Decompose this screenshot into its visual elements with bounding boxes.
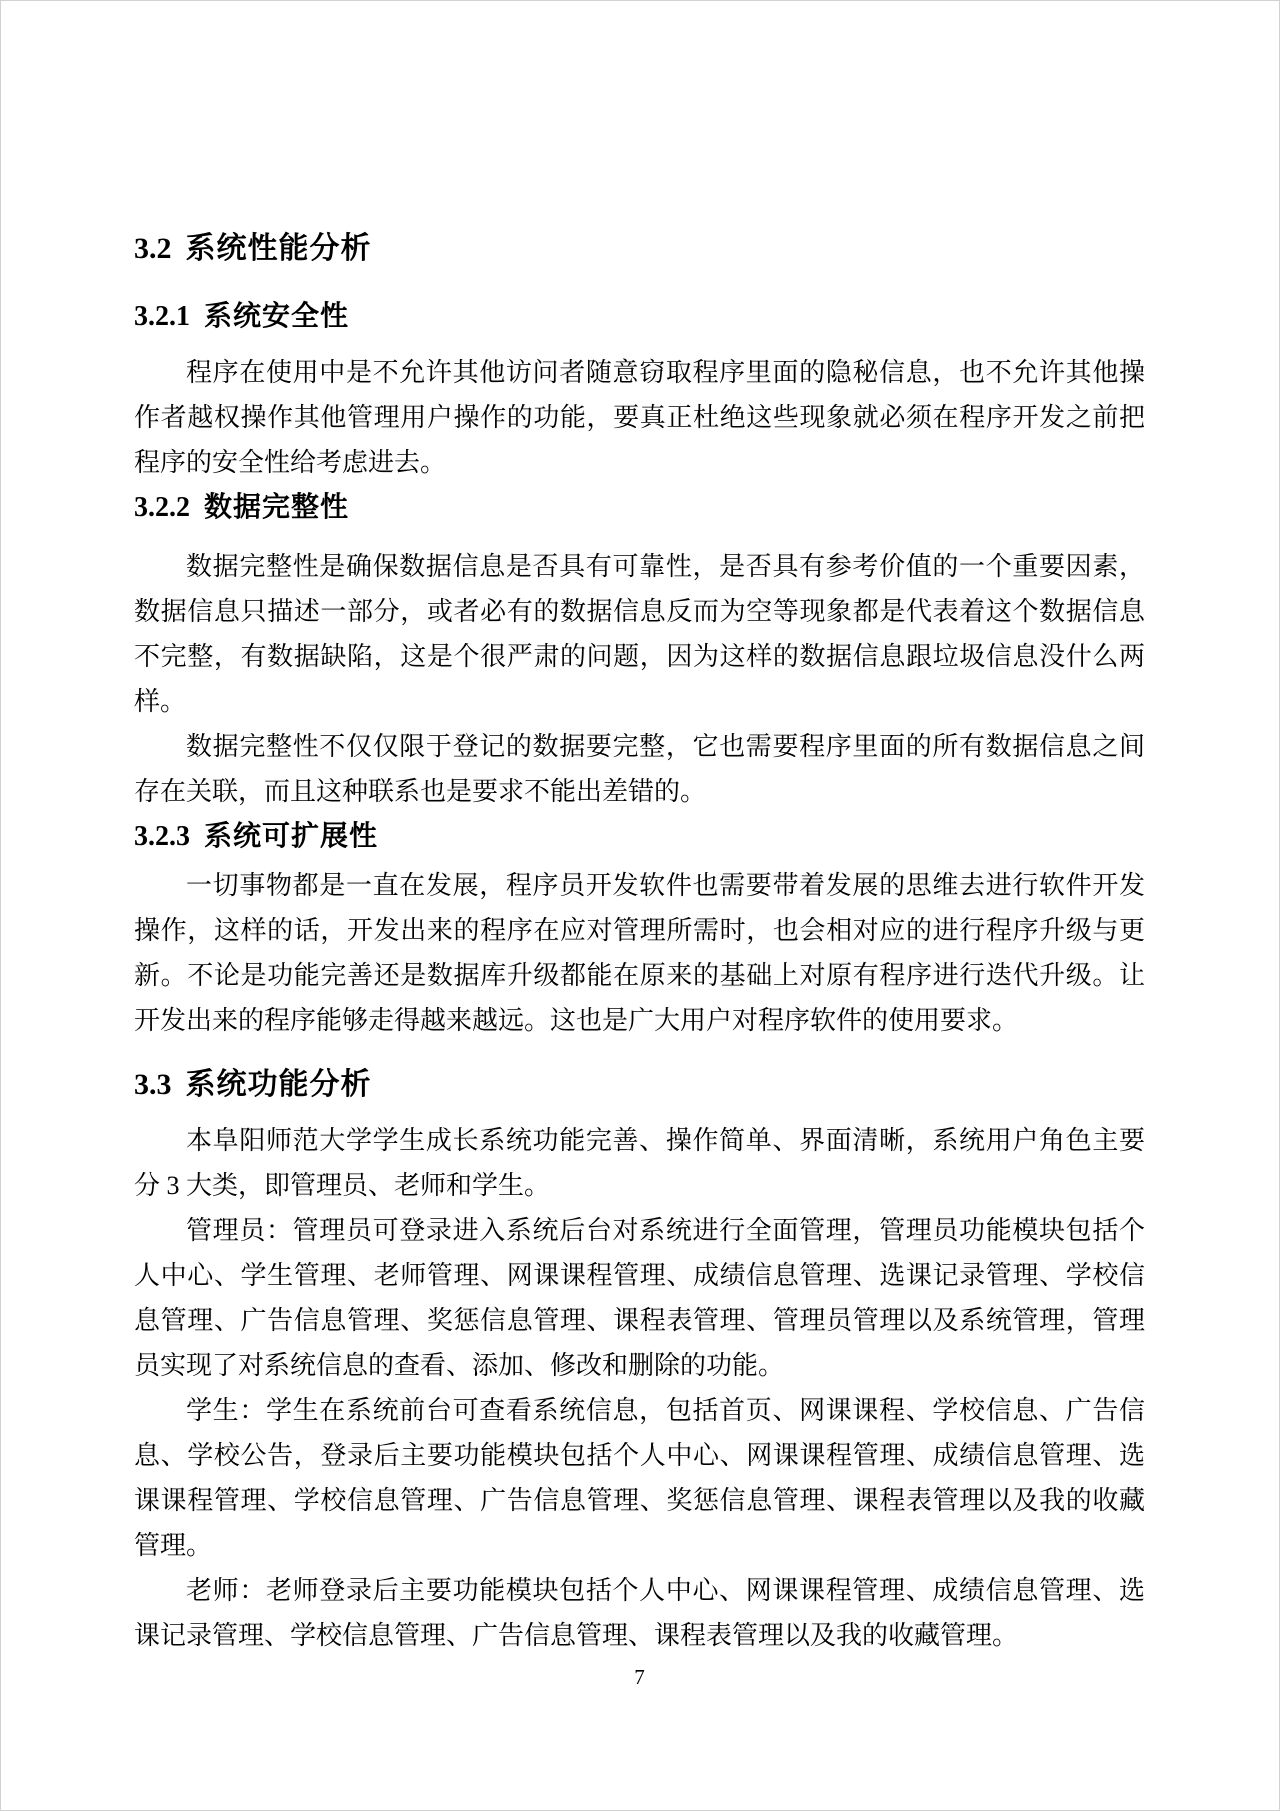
paragraph-data-integrity-2: 数据完整性不仅仅限于登记的数据要完整，它也需要程序里面的所有数据信息之间存在关联… bbox=[134, 724, 1145, 814]
heading-title: 系统可扩展性 bbox=[204, 820, 378, 851]
page-content: 3.2系统性能分析 3.2.1系统安全性 程序在使用中是不允许其他访问者随意窃取… bbox=[1, 229, 1279, 1692]
paragraph-data-integrity-1: 数据完整性是确保数据信息是否具有可靠性，是否具有参考价值的一个重要因素，数据信息… bbox=[134, 544, 1145, 724]
heading-title: 系统安全性 bbox=[204, 300, 349, 331]
paragraph-function-overview: 本阜阳师范大学学生成长系统功能完善、操作简单、界面清晰，系统用户角色主要分 3 … bbox=[134, 1118, 1145, 1208]
heading-number: 3.2 bbox=[134, 232, 172, 265]
paragraph-security: 程序在使用中是不允许其他访问者随意窃取程序里面的隐秘信息，也不允许其他操作者越权… bbox=[134, 350, 1145, 485]
paragraph-role-admin: 管理员：管理员可登录进入系统后台对系统进行全面管理，管理员功能模块包括个人中心、… bbox=[134, 1208, 1145, 1388]
heading-title: 系统性能分析 bbox=[186, 232, 372, 265]
heading-number: 3.3 bbox=[134, 1068, 172, 1101]
heading-title: 数据完整性 bbox=[204, 491, 349, 522]
heading-number: 3.2.3 bbox=[134, 821, 190, 852]
heading-number: 3.2.2 bbox=[134, 492, 190, 523]
section-heading-3-2-3: 3.2.3系统可扩展性 bbox=[134, 816, 1145, 857]
document-page: 3.2系统性能分析 3.2.1系统安全性 程序在使用中是不允许其他访问者随意窃取… bbox=[0, 0, 1280, 1811]
paragraph-role-teacher: 老师：老师登录后主要功能模块包括个人中心、网课课程管理、成绩信息管理、选课记录管… bbox=[134, 1568, 1145, 1658]
section-heading-3-2: 3.2系统性能分析 bbox=[134, 229, 1145, 269]
heading-title: 系统功能分析 bbox=[186, 1068, 372, 1101]
page-number: 7 bbox=[134, 1662, 1145, 1692]
section-heading-3-3: 3.3系统功能分析 bbox=[134, 1065, 1145, 1105]
paragraph-role-student: 学生：学生在系统前台可查看系统信息，包括首页、网课课程、学校信息、广告信息、学校… bbox=[134, 1388, 1145, 1568]
heading-number: 3.2.1 bbox=[134, 301, 190, 332]
section-heading-3-2-2: 3.2.2数据完整性 bbox=[134, 487, 1145, 528]
section-heading-3-2-1: 3.2.1系统安全性 bbox=[134, 296, 1145, 337]
paragraph-extensibility: 一切事物都是一直在发展，程序员开发软件也需要带着发展的思维去进行软件开发操作，这… bbox=[134, 863, 1145, 1043]
